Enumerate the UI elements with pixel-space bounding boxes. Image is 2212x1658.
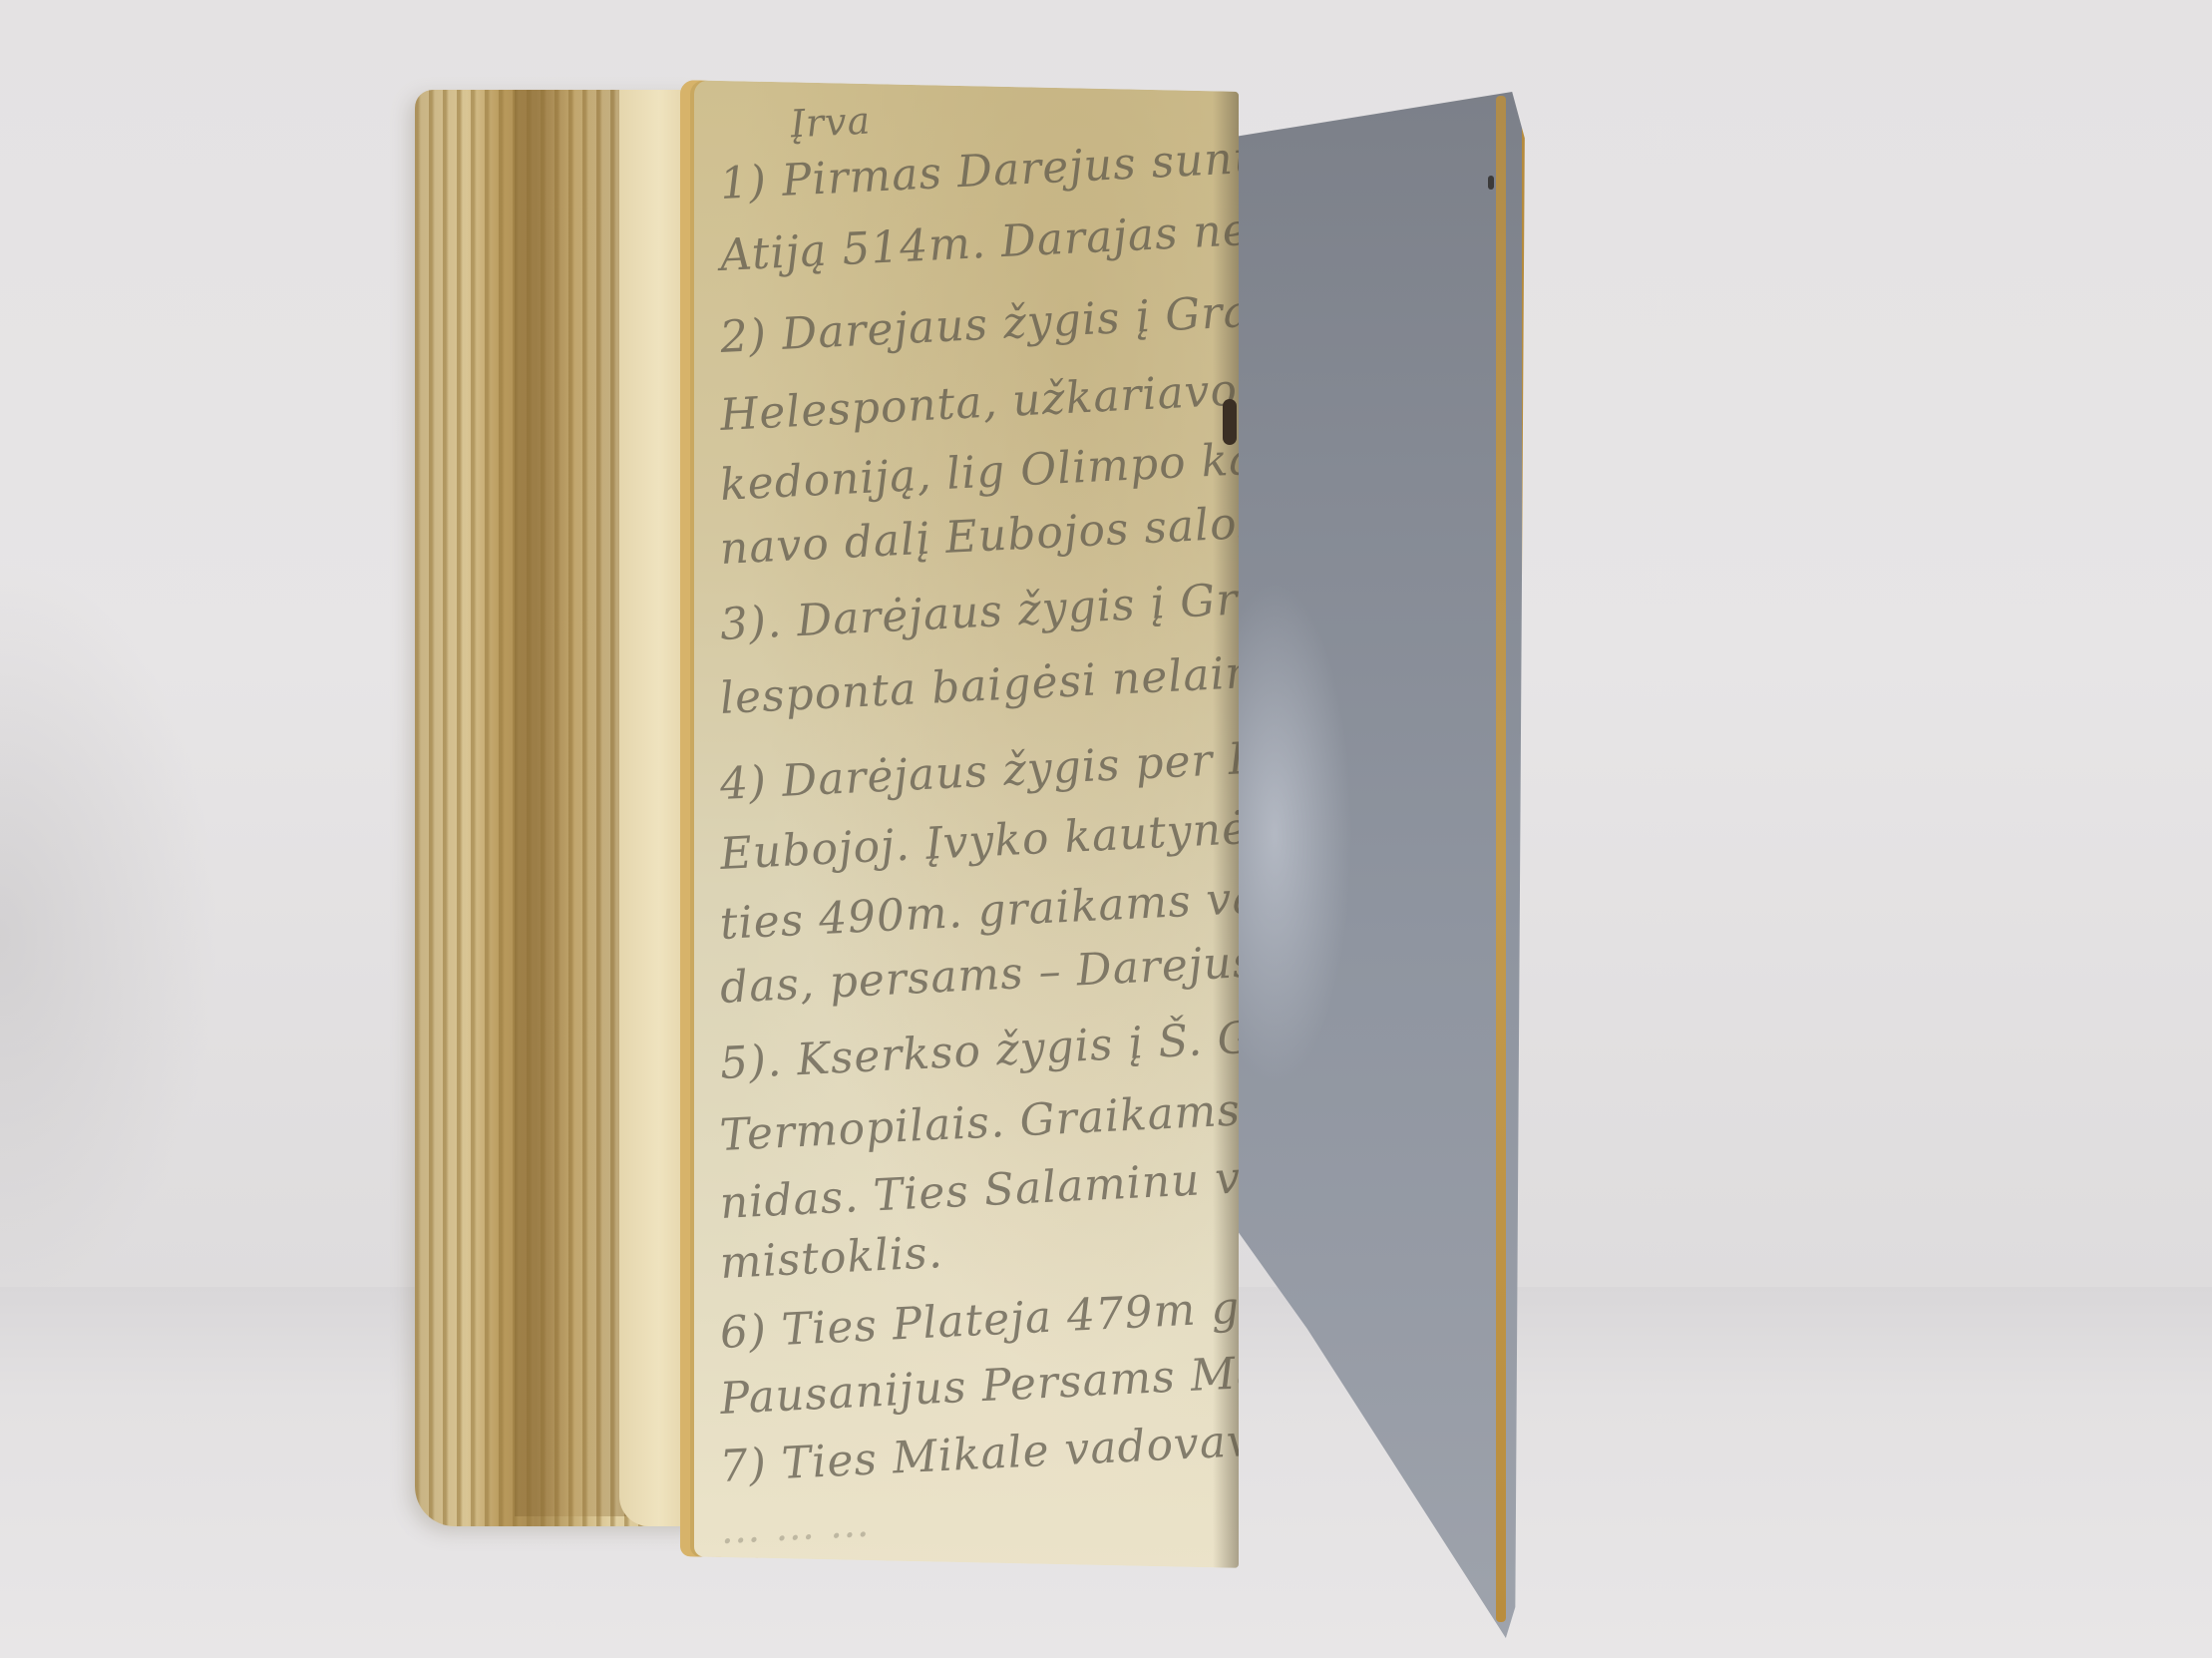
handwritten-line: navo dalį Eubojos salos [718,497,1239,574]
photo-scene: Įrva 1) Pirmas Darejus sunuie žyg Atiją … [0,0,2212,1658]
handwritten-line: Eubojoj. Įvyko kautynės tes [718,798,1239,880]
book-fore-edge [415,90,704,1526]
binding-hole [1223,399,1237,445]
handwritten-line: 5). Kserkso žygis į Š. Graikiją 480m [718,998,1239,1088]
background-shadow [0,559,219,1317]
handwritten-line: 4) Darėjaus žygis per Egėjo jūrą [718,722,1239,810]
handwritten-line: Atiją 514m. Darajas neko [718,202,1239,281]
handwritten-page: Įrva 1) Pirmas Darejus sunuie žyg Atiją … [680,80,1239,1568]
page-heading: Įrva [788,98,872,146]
faint-scribbles: … … … [718,1500,871,1553]
gutter-shadow [1213,91,1239,1568]
handwritten-line: 3). Darėjaus žygis į Graikiją per [718,564,1239,650]
handwritten-line: Termopilais. Graikams vadovavo [718,1073,1239,1161]
handwritten-line: 6) Ties Plateja 479m graikams [718,1273,1239,1359]
handwritten-line: Helesponta, užkariavo Graikiją [718,355,1239,441]
handwritten-line: lesponta baigėsi nelaime tes [718,641,1239,724]
handwritten-line: mistoklis. [718,1227,944,1289]
handwritten-line: 2) Darejaus žygis į Graikiją per [718,277,1239,363]
page-edge-stain [515,90,634,1516]
handwritten-line: das, persams – Darejus [718,937,1239,1014]
handwritten-line: kedoniją, lig Olimpo kalno [718,430,1239,511]
cover-ink-mark [1488,176,1494,190]
book-cover-edge [1496,96,1506,1622]
